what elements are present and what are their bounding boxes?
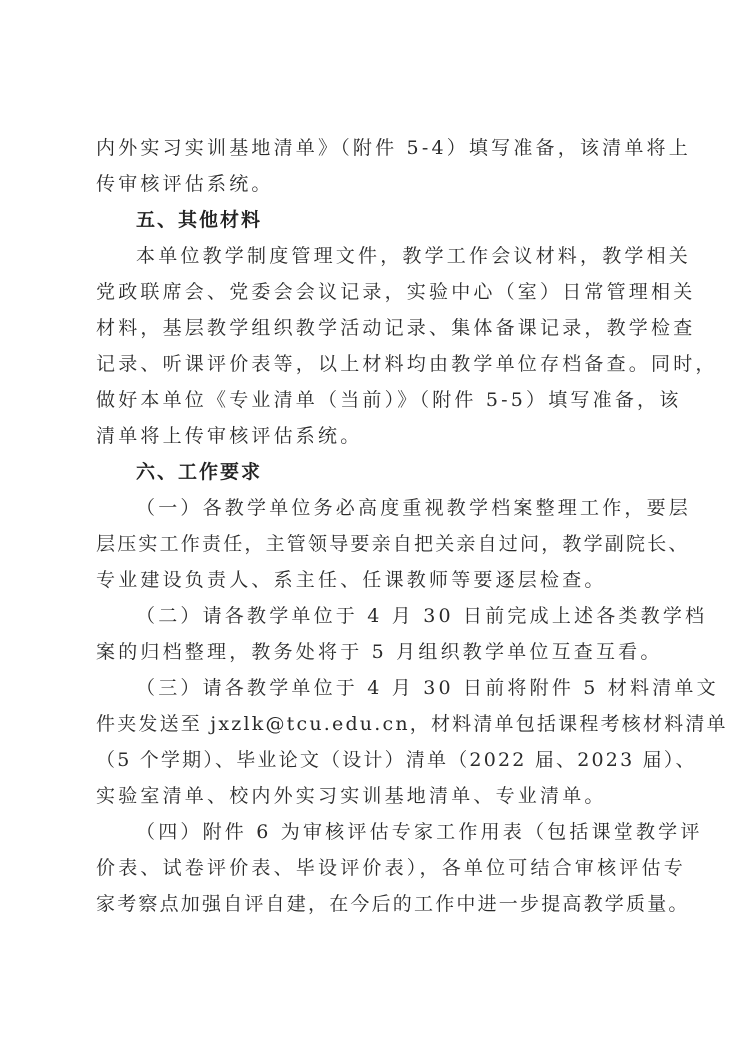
paragraph-line: （四）附件 6 为审核评估专家工作用表（包括课堂教学评 [96,814,662,850]
paragraph-line: 本单位教学制度管理文件，教学工作会议材料，教学相关 [96,238,662,274]
paragraph-line: 实验室清单、校内外实习实训基地清单、专业清单。 [96,778,662,814]
paragraph-line: 价表、试卷评价表、毕设评价表），各单位可结合审核评估专 [96,850,662,886]
paragraph-line: （三）请各教学单位于 4 月 30 日前将附件 5 材料清单文 [96,670,662,706]
paragraph-line: （5 个学期）、毕业论文（设计）清单（2022 届、2023 届）、 [96,742,662,778]
paragraph-line: 专业建设负责人、系主任、任课教师等要逐层检查。 [96,562,662,598]
paragraph-line: 党政联席会、党委会会议记录，实验中心（室）日常管理相关 [96,274,662,310]
paragraph-line: 传审核评估系统。 [96,166,662,202]
paragraph-line: 记录、听课评价表等，以上材料均由教学单位存档备查。同时， [96,346,662,382]
paragraph-line: （二）请各教学单位于 4 月 30 日前完成上述各类教学档 [96,598,662,634]
paragraph-line: 材料，基层教学组织教学活动记录、集体备课记录，教学检查 [96,310,662,346]
paragraph-line: 内外实习实训基地清单》（附件 5-4）填写准备，该清单将上 [96,130,662,166]
paragraph-line: 层压实工作责任，主管领导要亲自把关亲自过问，教学副院长、 [96,526,662,562]
document-page: 内外实习实训基地清单》（附件 5-4）填写准备，该清单将上 传审核评估系统。 五… [96,130,662,922]
section-heading-other-materials: 五、其他材料 [96,202,662,238]
paragraph-line: 案的归档整理，教务处将于 5 月组织教学单位互查互看。 [96,634,662,670]
paragraph-line: （一）各教学单位务必高度重视教学档案整理工作，要层 [96,490,662,526]
paragraph-line: 家考察点加强自评自建，在今后的工作中进一步提高教学质量。 [96,886,662,922]
paragraph-line: 清单将上传审核评估系统。 [96,418,662,454]
paragraph-line: 做好本单位《专业清单（当前）》（附件 5-5）填写准备，该 [96,382,662,418]
section-heading-work-requirements: 六、工作要求 [96,454,662,490]
paragraph-line-with-email: 件夹发送至 jxzlk@tcu.edu.cn，材料清单包括课程考核材料清单 [96,706,662,742]
